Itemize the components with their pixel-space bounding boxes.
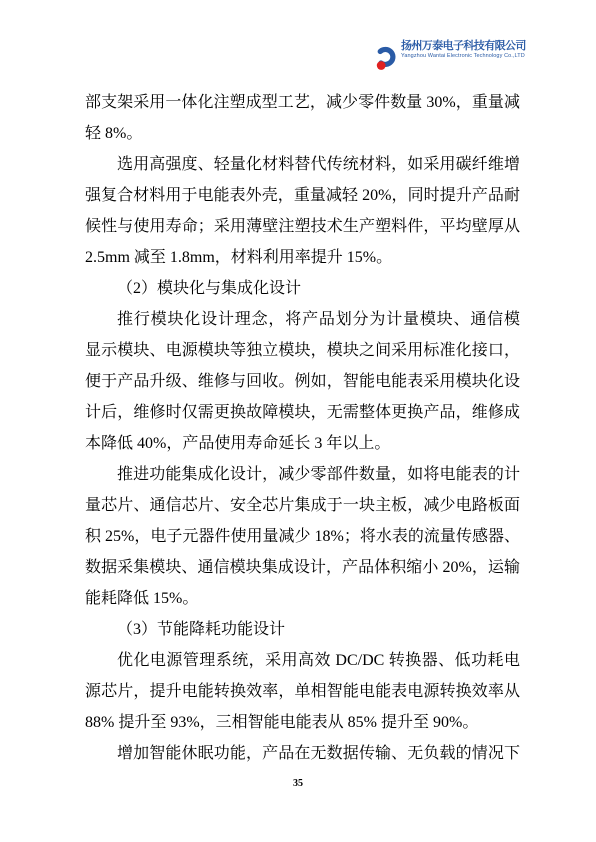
document-body: 部支架采用一体化注塑成型工艺，减少零件数量 30%，重量减轻 8%。选用高强度、… — [85, 87, 520, 769]
text-line: 源芯片，提升电能转换效率，单相智能电能表电源转换效率从 — [85, 676, 520, 707]
text-line: 积 25%，电子元器件使用量减少 18%；将水表的流量传感器、 — [85, 521, 520, 552]
text-line: 2.5mm 减至 1.8mm，材料利用率提升 15%。 — [85, 242, 520, 273]
text-line: 88% 提升至 93%，三相智能电能表从 85% 提升至 90%。 — [85, 707, 520, 738]
logo-company-name-zh: 扬州万泰电子科技有限公司 — [401, 40, 526, 53]
text-line: 候性与使用寿命；采用薄壁注塑技术生产塑料件，平均壁厚从 — [85, 211, 520, 242]
text-line: 本降低 40%，产品使用寿命延长 3 年以上。 — [85, 428, 520, 459]
text-line: 显示模块、电源模块等独立模块，模块之间采用标准化接口， — [85, 335, 520, 366]
company-logo: 扬州万泰电子科技有限公司 Yangzhou Wantai Electronic … — [376, 40, 521, 71]
text-line: 优化电源管理系统，采用高效 DC/DC 转换器、低功耗电 — [85, 645, 520, 676]
page-number: 35 — [0, 778, 596, 789]
text-line: 量芯片、通信芯片、安全芯片集成于一块主板，减少电路板面 — [85, 490, 520, 521]
text-line: 便于产品升级、维修与回收。例如，智能电能表采用模块化设 — [85, 366, 520, 397]
logo-red-dot-icon — [377, 61, 386, 70]
text-line: 增加智能休眠功能，产品在无数据传输、无负载的情况下 — [85, 738, 520, 769]
text-line: 轻 8%。 — [85, 118, 520, 149]
text-line: 推行模块化设计理念，将产品划分为计量模块、通信模块、 — [85, 304, 520, 335]
text-line: 计后，维修时仅需更换故障模块，无需整体更换产品，维修成 — [85, 397, 520, 428]
document-page: 扬州万泰电子科技有限公司 Yangzhou Wantai Electronic … — [0, 0, 596, 842]
text-line: 部支架采用一体化注塑成型工艺，减少零件数量 30%，重量减 — [85, 87, 520, 118]
text-line: 数据采集模块、通信模块集成设计，产品体积缩小 20%，运输 — [85, 552, 520, 583]
logo-text-block: 扬州万泰电子科技有限公司 Yangzhou Wantai Electronic … — [401, 40, 526, 60]
text-line: （2）模块化与集成化设计 — [85, 273, 520, 304]
text-line: （3）节能降耗功能设计 — [85, 614, 520, 645]
text-line: 能耗降低 15%。 — [85, 583, 520, 614]
logo-company-name-en: Yangzhou Wantai Electronic Technology Co… — [401, 53, 526, 60]
text-line: 推进功能集成化设计，减少零部件数量，如将电能表的计 — [85, 459, 520, 490]
text-line: 强复合材料用于电能表外壳，重量减轻 20%，同时提升产品耐 — [85, 180, 520, 211]
text-line: 选用高强度、轻量化材料替代传统材料，如采用碳纤维增 — [85, 149, 520, 180]
logo-crescent-icon — [376, 43, 398, 71]
